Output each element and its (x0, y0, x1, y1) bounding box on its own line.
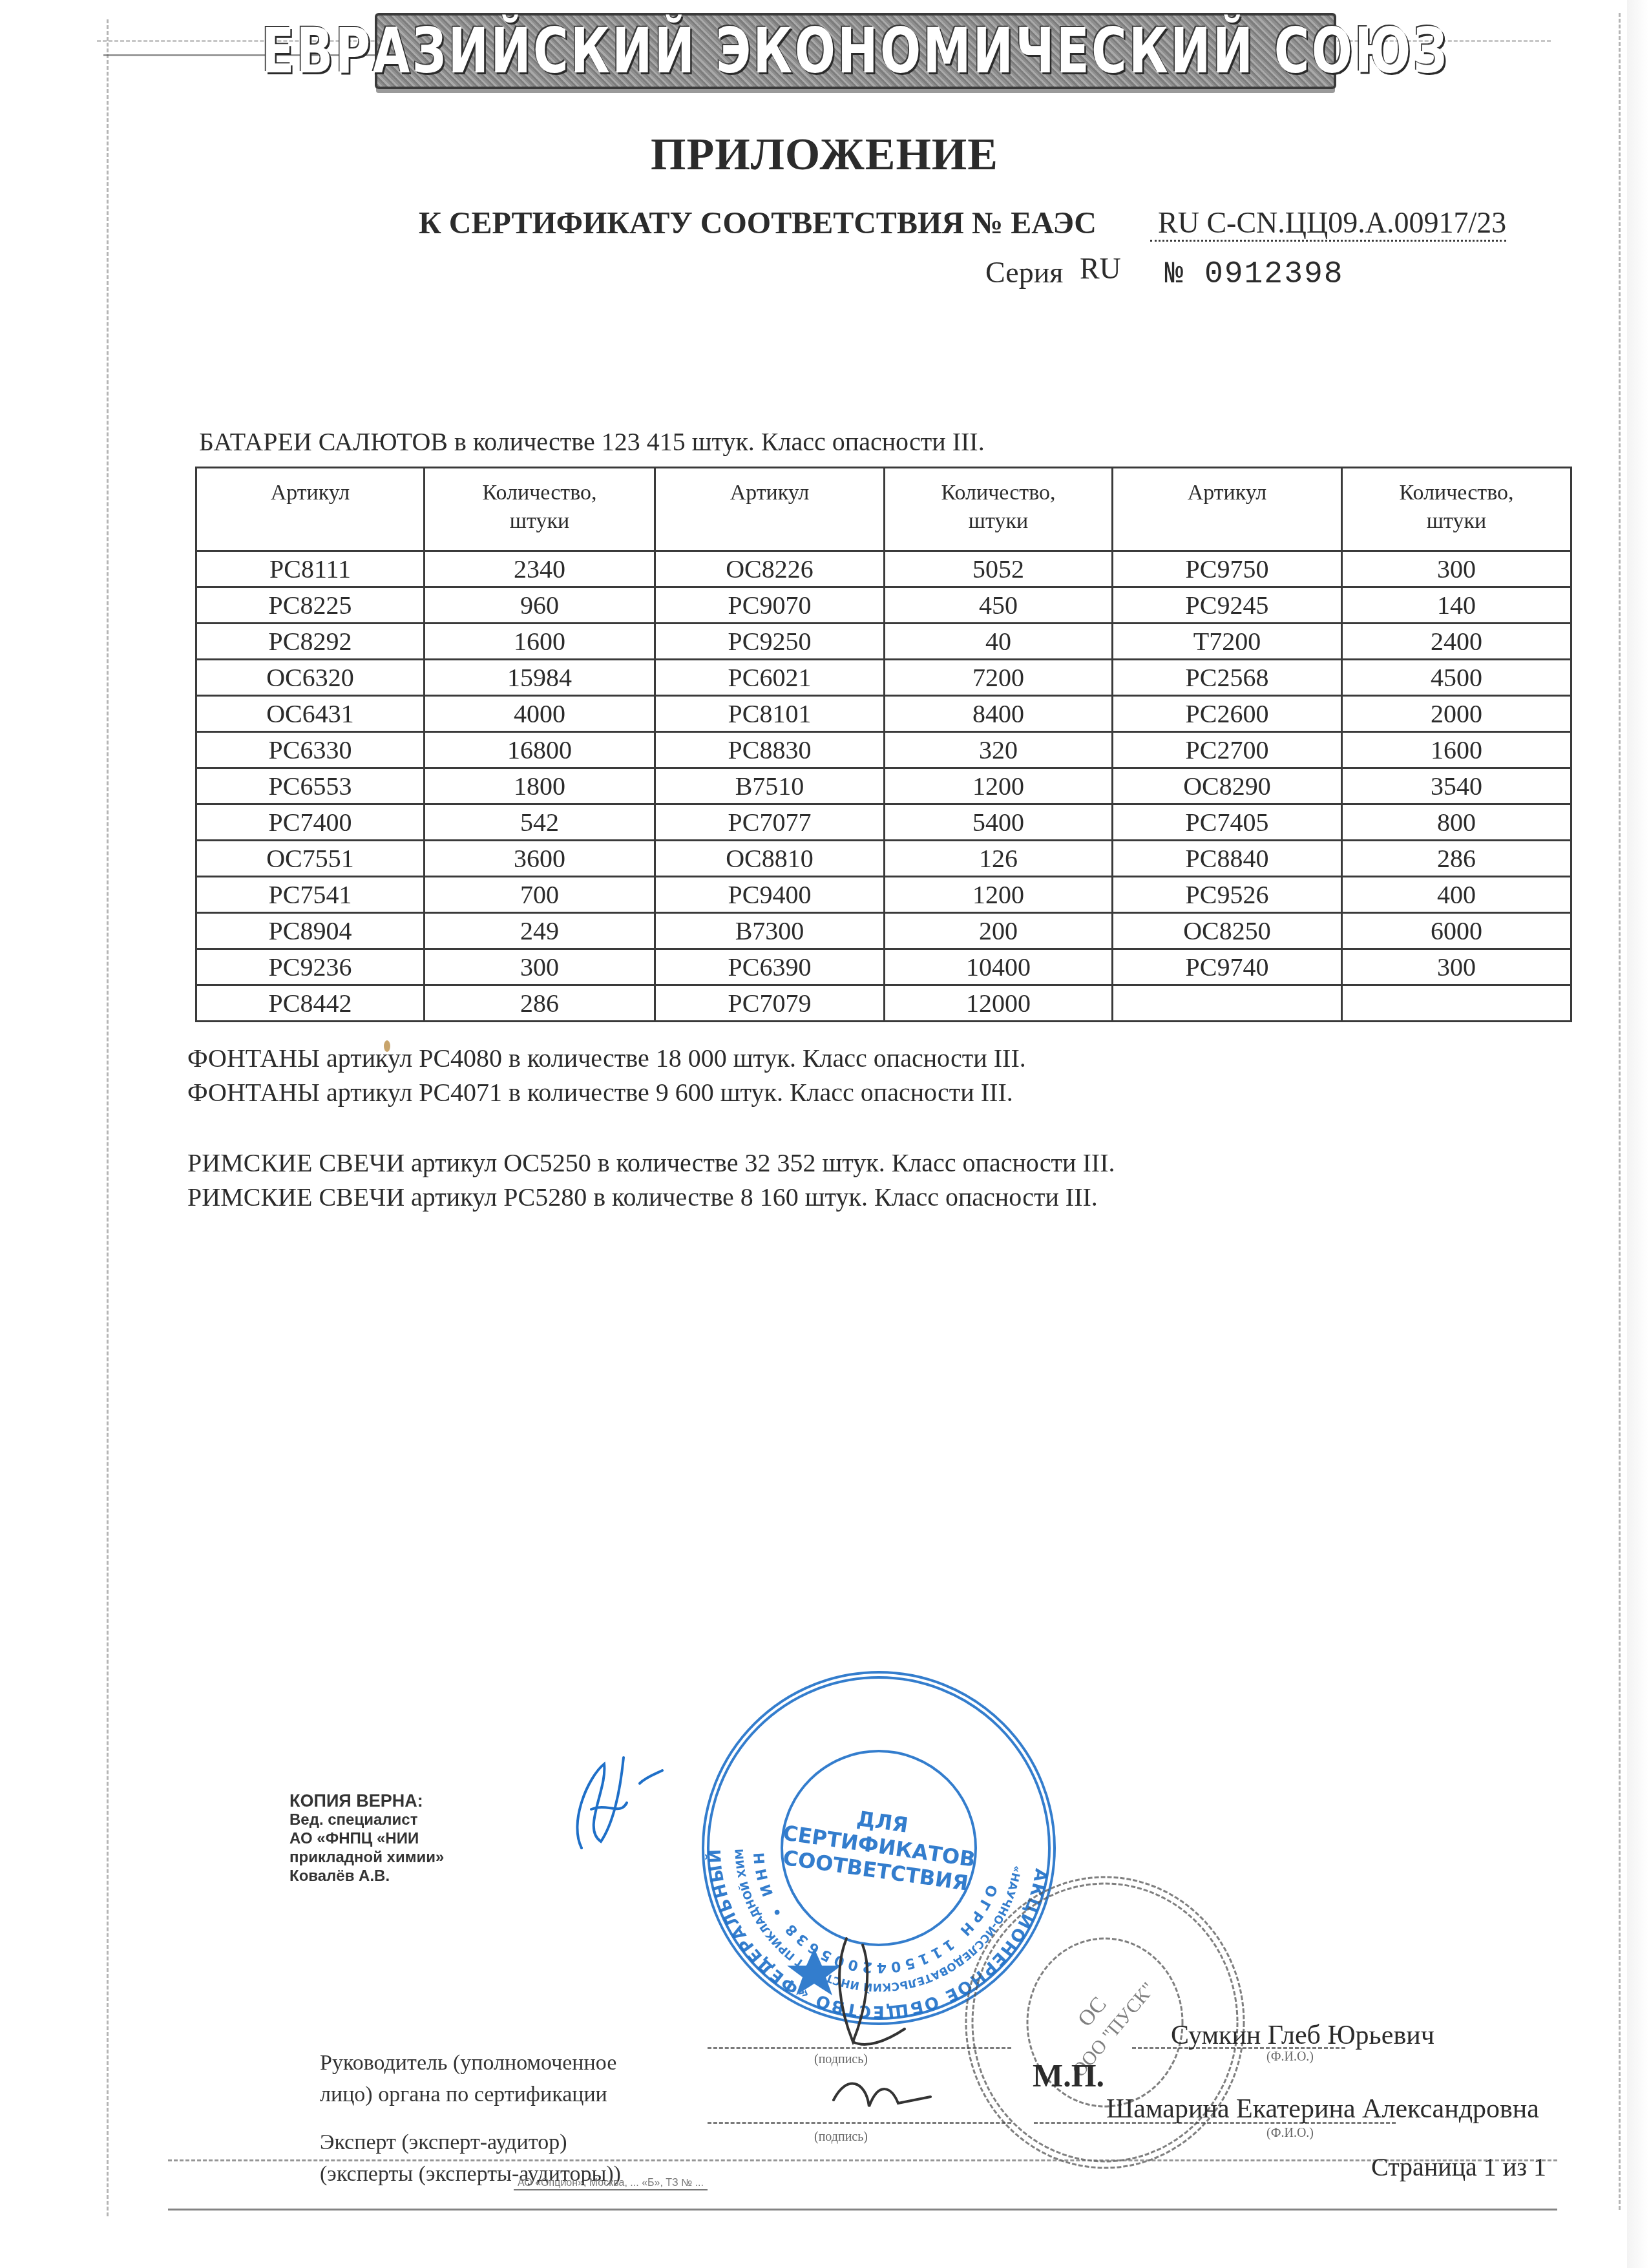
article-cell: T7200 (1113, 624, 1342, 660)
article-cell: PC8111 (196, 551, 425, 587)
quantity-cell: 800 (1342, 804, 1571, 841)
document-title: ПРИЛОЖЕНИЕ (0, 129, 1649, 181)
header-line-2: штуки (425, 507, 654, 536)
right-margin-dashes (1619, 13, 1621, 2210)
expert-signature-caption: (подпись) (814, 2130, 868, 2145)
quantity-cell: 2400 (1342, 624, 1571, 660)
table-row: OC632015984PC60217200PC25684500 (196, 660, 1571, 696)
quantity-cell: 12000 (885, 985, 1113, 1022)
page-edge-shadow (1627, 0, 1649, 2268)
article-cell: B7510 (655, 768, 885, 804)
quantity-cell: 400 (1342, 877, 1571, 913)
table-body: PC81112340OC82265052PC9750300PC8225960PC… (196, 551, 1571, 1022)
header-line-2: штуки (1343, 507, 1570, 536)
article-cell: PC2700 (1113, 732, 1342, 768)
quantity-cell: 2340 (425, 551, 655, 587)
quantity-cell: 300 (425, 949, 655, 985)
expert-label-line-1: Эксперт (эксперт-аудитор) (320, 2128, 567, 2158)
column-header: Артикул (655, 468, 885, 551)
article-cell: PC9250 (655, 624, 885, 660)
head-fio-caption: (Ф.И.О.) (1266, 2050, 1314, 2064)
article-cell: PC6553 (196, 768, 425, 804)
quantity-cell: 1600 (1342, 732, 1571, 768)
quantity-cell: 960 (425, 587, 655, 624)
quantity-cell: 140 (1342, 587, 1571, 624)
quantity-cell: 2000 (1342, 696, 1571, 732)
series-block: Серия RU № 0912398 (985, 255, 1344, 292)
article-cell: PC8830 (655, 732, 885, 768)
quantity-cell: 450 (885, 587, 1113, 624)
document-subtitle: К СЕРТИФИКАТУ СООТВЕТСТВИЯ № ЕАЭС (419, 205, 1097, 241)
quantity-cell: 700 (425, 877, 655, 913)
header-line-2: штуки (885, 507, 1111, 536)
head-full-name: Сумкин Глеб Юрьевич (1171, 2020, 1434, 2051)
eaeu-banner: ЕВРАЗИЙСКИЙ ЭКОНОМИЧЕСКИЙ СОЮЗ (375, 13, 1336, 89)
signature-head-icon (808, 1932, 956, 2126)
fountain-line-1: ФОНТАНЫ артикул PC4080 в количестве 18 0… (187, 1043, 1026, 1073)
roman-candle-line-1: РИМСКИЕ СВЕЧИ артикул OC5250 в количеств… (187, 1148, 1115, 1178)
article-cell: PC7079 (655, 985, 885, 1022)
series-label: Серия (985, 256, 1063, 289)
quantity-cell: 5400 (885, 804, 1113, 841)
quantity-cell: 1600 (425, 624, 655, 660)
column-header: Количество,штуки (885, 468, 1113, 551)
footer-dashed-rule (168, 2159, 1557, 2161)
table-row: PC82921600PC925040T72002400 (196, 624, 1571, 660)
quantity-cell: 286 (1342, 841, 1571, 877)
table-row: PC9236300PC639010400PC9740300 (196, 949, 1571, 985)
header-line-1: Артикул (656, 479, 883, 507)
article-cell: PC8904 (196, 913, 425, 949)
quantity-cell: 3600 (425, 841, 655, 877)
article-cell: OC8290 (1113, 768, 1342, 804)
article-cell: OC8226 (655, 551, 885, 587)
roman-candle-line-2: РИМСКИЕ СВЕЧИ артикул PC5280 в количеств… (187, 1182, 1098, 1212)
quantity-cell: 40 (885, 624, 1113, 660)
quantity-cell: 8400 (885, 696, 1113, 732)
quantity-cell (1342, 985, 1571, 1022)
left-margin-dashes (107, 19, 109, 2216)
batteries-intro: БАТАРЕИ САЛЮТОВ в количестве 123 415 шту… (199, 426, 985, 457)
copy-note-heading: КОПИЯ ВЕРНА: (289, 1792, 444, 1811)
quantity-cell: 300 (1342, 949, 1571, 985)
footer-solid-rule (168, 2209, 1557, 2210)
quantity-cell: 1800 (425, 768, 655, 804)
copy-note-line: Вед. специалист (289, 1811, 444, 1829)
table-row: PC8904249B7300200OC82506000 (196, 913, 1571, 949)
article-cell: PC9070 (655, 587, 885, 624)
quantity-cell: 1200 (885, 877, 1113, 913)
head-label-line-2: лицо) органа по сертификации (320, 2080, 607, 2110)
quantity-cell: 7200 (885, 660, 1113, 696)
quantity-cell: 1200 (885, 768, 1113, 804)
expert-fio-caption: (Ф.И.О.) (1266, 2126, 1314, 2141)
form-number: № 0912398 (1164, 257, 1343, 292)
header-line-1: Артикул (197, 479, 423, 507)
table-row: OC75513600OC8810126PC8840286 (196, 841, 1571, 877)
article-cell: PC7541 (196, 877, 425, 913)
quantity-cell: 126 (885, 841, 1113, 877)
article-cell: OC8810 (655, 841, 885, 877)
quantity-cell: 16800 (425, 732, 655, 768)
article-cell: OC6320 (196, 660, 425, 696)
table-row: PC81112340OC82265052PC9750300 (196, 551, 1571, 587)
copy-note-line: прикладной химии» (289, 1848, 444, 1867)
article-cell: PC9740 (1113, 949, 1342, 985)
header-line-1: Количество, (1343, 479, 1570, 507)
fountain-line-2: ФОНТАНЫ артикул PC4071 в количестве 9 60… (187, 1077, 1013, 1108)
quantity-cell: 4000 (425, 696, 655, 732)
article-cell: PC9750 (1113, 551, 1342, 587)
header-line-1: Количество, (885, 479, 1111, 507)
column-header: Артикул (196, 468, 425, 551)
page-number: Страница 1 из 1 (1371, 2152, 1546, 2182)
ink-stain (384, 1040, 390, 1052)
stamp-place-mark: М.П. (1033, 2057, 1104, 2094)
quantity-cell: 15984 (425, 660, 655, 696)
article-cell: PC8442 (196, 985, 425, 1022)
article-cell: OC6431 (196, 696, 425, 732)
article-cell (1113, 985, 1342, 1022)
article-cell: OC8250 (1113, 913, 1342, 949)
article-cell: PC9245 (1113, 587, 1342, 624)
series-value: RU (1080, 252, 1121, 285)
quantity-cell: 10400 (885, 949, 1113, 985)
table-row: PC65531800B75101200OC82903540 (196, 768, 1571, 804)
quantity-cell: 6000 (1342, 913, 1571, 949)
table-row: PC7541700PC94001200PC9526400 (196, 877, 1571, 913)
header-line-1: Артикул (1113, 479, 1341, 507)
article-cell: PC2568 (1113, 660, 1342, 696)
quantity-cell: 300 (1342, 551, 1571, 587)
quantity-cell: 5052 (885, 551, 1113, 587)
copy-note-line: Ковалёв А.В. (289, 1867, 444, 1885)
article-cell: PC8840 (1113, 841, 1342, 877)
article-cell: PC2600 (1113, 696, 1342, 732)
table-row: OC64314000PC81018400PC26002000 (196, 696, 1571, 732)
article-cell: OC7551 (196, 841, 425, 877)
article-cell: PC9400 (655, 877, 885, 913)
article-cell: PC6390 (655, 949, 885, 985)
signature-kovalev-icon (543, 1751, 672, 1861)
table-row: PC633016800PC8830320PC27001600 (196, 732, 1571, 768)
quantity-cell: 249 (425, 913, 655, 949)
article-cell: PC8101 (655, 696, 885, 732)
header-line-1: Количество, (425, 479, 654, 507)
article-cell: PC8292 (196, 624, 425, 660)
column-header: Количество,штуки (425, 468, 655, 551)
quantity-cell: 286 (425, 985, 655, 1022)
copy-note-line: АО «ФНПЦ «НИИ (289, 1829, 444, 1848)
article-cell: PC9526 (1113, 877, 1342, 913)
table-row: PC8442286PC707912000 (196, 985, 1571, 1022)
goods-table: АртикулКоличество,штукиАртикулКоличество… (195, 467, 1572, 1022)
quantity-cell: 200 (885, 913, 1113, 949)
certificate-number: RU C-CN.ЦЦ09.А.00917/23 (1150, 205, 1506, 242)
article-cell: PC6330 (196, 732, 425, 768)
column-header: Количество,штуки (1342, 468, 1571, 551)
article-cell: PC9236 (196, 949, 425, 985)
printer-mark: АО «Опцион», Москва, ... «Б», ТЗ № ... (514, 2178, 708, 2190)
quantity-cell: 3540 (1342, 768, 1571, 804)
banner-text: ЕВРАЗИЙСКИЙ ЭКОНОМИЧЕСКИЙ СОЮЗ (262, 15, 1449, 87)
article-cell: PC7077 (655, 804, 885, 841)
quantity-cell: 4500 (1342, 660, 1571, 696)
expert-full-name: Шамарина Екатерина Александровна (1106, 2094, 1539, 2125)
article-cell: PC6021 (655, 660, 885, 696)
article-cell: PC7405 (1113, 804, 1342, 841)
head-label-line-1: Руководитель (уполномоченное (320, 2048, 616, 2078)
article-cell: PC8225 (196, 587, 425, 624)
table-row: PC7400542PC70775400PC7405800 (196, 804, 1571, 841)
copy-verified-note: КОПИЯ ВЕРНА: Вед. специалист АО «ФНПЦ «Н… (289, 1792, 444, 1885)
article-cell: PC7400 (196, 804, 425, 841)
table-header-row: АртикулКоличество,штукиАртикулКоличество… (196, 468, 1571, 551)
column-header: Артикул (1113, 468, 1342, 551)
quantity-cell: 320 (885, 732, 1113, 768)
article-cell: B7300 (655, 913, 885, 949)
table-row: PC8225960PC9070450PC9245140 (196, 587, 1571, 624)
quantity-cell: 542 (425, 804, 655, 841)
